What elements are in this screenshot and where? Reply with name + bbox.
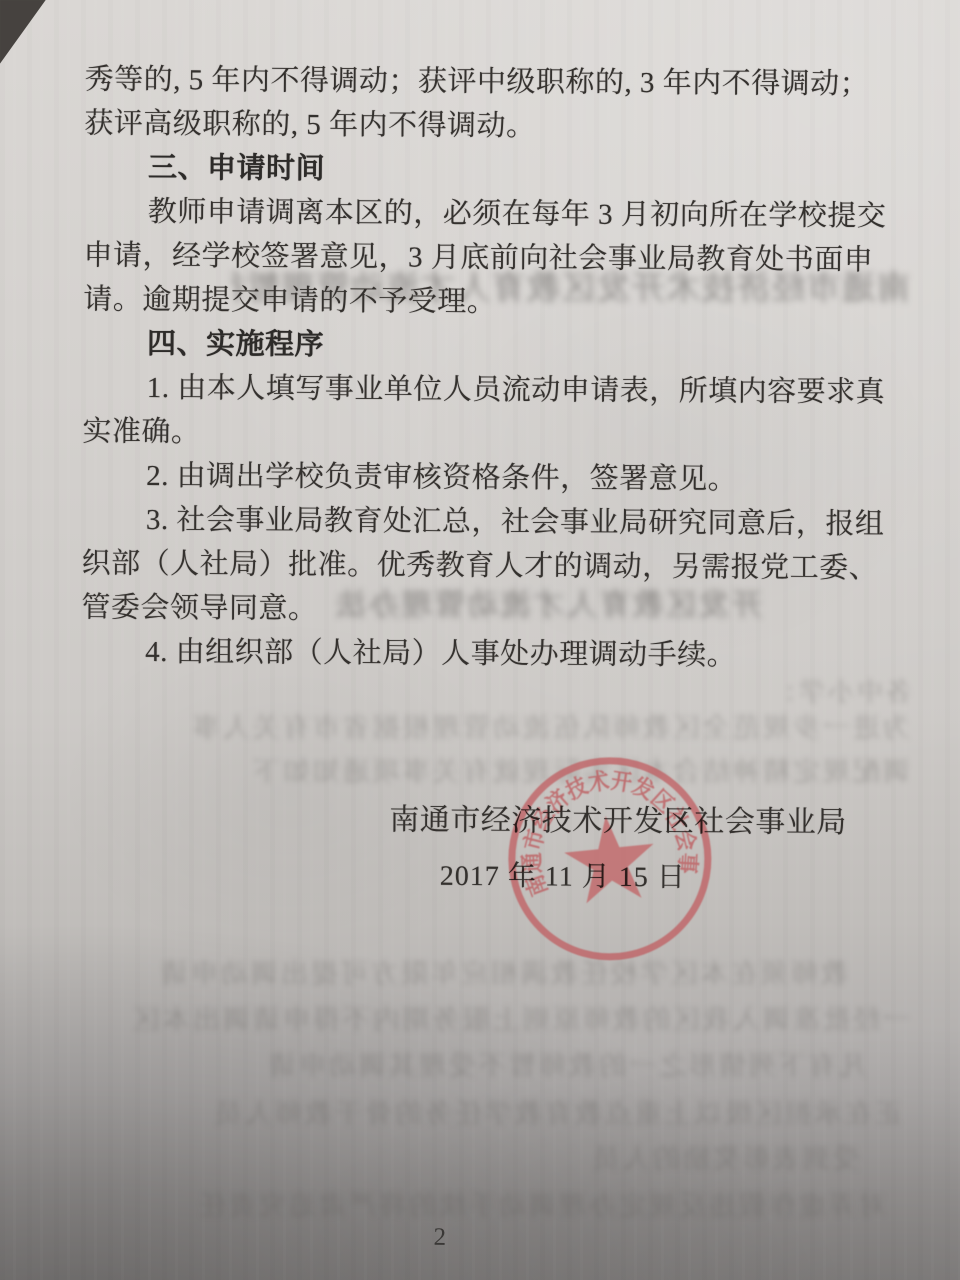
doc-line: 教师申请调离本区的，必须在每年 3 月初向所在学校提交 <box>84 190 902 239</box>
doc-line: 4. 由组织部（人社局）人事处办理调动手续。 <box>81 630 899 679</box>
doc-line: 织部（人社局）批准。优秀教育人才的调动，另需报党工委、 <box>82 542 900 591</box>
section-heading: 三、申请时间 <box>84 146 902 195</box>
doc-line: 3. 社会事业局教育处汇总，社会事业局研究同意后，报组 <box>82 498 900 547</box>
section-heading: 四、实施程序 <box>83 322 901 371</box>
doc-line: 申请，经学校签署意见，3 月底前向社会事业局教育处书面申 <box>83 234 901 283</box>
doc-line: 1. 由本人填写事业单位人员流动申请表，所填内容要求真 <box>83 366 901 415</box>
page-number: 2 <box>433 1224 446 1252</box>
doc-line: 秀等的, 5 年内不得调动；获评中级职称的, 3 年内不得调动； <box>84 58 902 107</box>
doc-line: 管委会领导同意。 <box>81 586 899 635</box>
doc-line: 实准确。 <box>82 410 900 459</box>
document-body: 秀等的, 5 年内不得调动；获评中级职称的, 3 年内不得调动； 获评高级职称的… <box>81 58 903 679</box>
doc-line: 2. 由调出学校负责审核资格条件，签署意见。 <box>82 454 900 503</box>
doc-line: 获评高级职称的, 5 年内不得调动。 <box>84 102 902 151</box>
star-icon <box>561 812 659 905</box>
doc-line: 请。逾期提交申请的不予受理。 <box>83 278 901 327</box>
official-seal: 南通市经济技术开发区社会事业局 <box>490 739 731 980</box>
document-page: 秀等的, 5 年内不得调动；获评中级职称的, 3 年内不得调动； 获评高级职称的… <box>0 0 960 1280</box>
